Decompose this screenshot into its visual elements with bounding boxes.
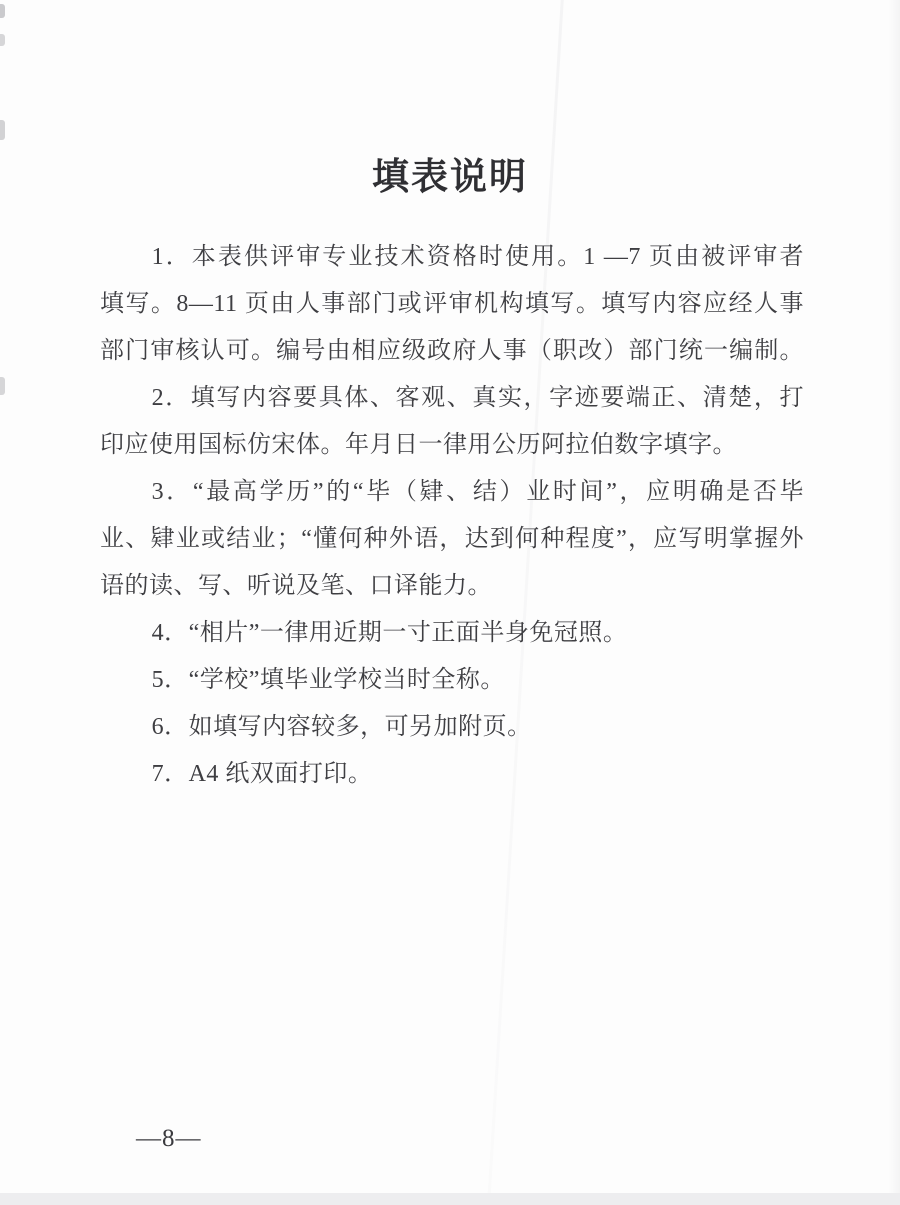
text-line: 7．A4 纸双面打印。 xyxy=(100,751,804,798)
scan-edge-mark xyxy=(0,34,5,46)
instructions-text: 1．本表供评审专业技术资格时使用。1 —7 页由被评审者 填写。8—11 页由人… xyxy=(100,234,804,798)
scan-edge-mark xyxy=(0,4,5,18)
page-number: —8— xyxy=(136,1125,202,1153)
page-title: 填表说明 xyxy=(0,146,900,200)
scan-edge-bottom-shadow xyxy=(0,1193,900,1205)
text-line: 4．“相片”一律用近期一寸正面半身免冠照。 xyxy=(100,610,804,657)
text-line: 2．填写内容要具体、客观、真实，字迹要端正、清楚，打 xyxy=(100,375,804,422)
paragraph-3: 3．“最高学历”的“毕（肄、结）业时间”，应明确是否毕 业、肄业或结业；“懂何种… xyxy=(100,469,804,610)
text-line: 填写。8—11 页由人事部门或评审机构填写。填写内容应经人事 xyxy=(100,281,804,328)
scan-edge-mark xyxy=(0,377,5,395)
text-line: 部门审核认可。编号由相应级政府人事（职改）部门统一编制。 xyxy=(100,328,804,375)
text-line: 6．如填写内容较多，可另加附页。 xyxy=(100,704,804,751)
text-line: 1．本表供评审专业技术资格时使用。1 —7 页由被评审者 xyxy=(100,234,804,281)
paragraph-6: 6．如填写内容较多，可另加附页。 xyxy=(100,704,804,751)
paragraph-7: 7．A4 纸双面打印。 xyxy=(100,751,804,798)
scan-edge-mark xyxy=(0,120,5,140)
paragraph-5: 5．“学校”填毕业学校当时全称。 xyxy=(100,657,804,704)
text-line: 3．“最高学历”的“毕（肄、结）业时间”，应明确是否毕 xyxy=(100,469,804,516)
paragraph-1: 1．本表供评审专业技术资格时使用。1 —7 页由被评审者 填写。8—11 页由人… xyxy=(100,234,804,375)
paragraph-2: 2．填写内容要具体、客观、真实，字迹要端正、清楚，打 印应使用国标仿宋体。年月日… xyxy=(100,375,804,469)
scan-edge-right-shadow xyxy=(888,0,900,1193)
text-line: 业、肄业或结业；“懂何种外语，达到何种程度”，应写明掌握外 xyxy=(100,516,804,563)
text-line: 语的读、写、听说及笔、口译能力。 xyxy=(100,563,804,610)
text-line: 5．“学校”填毕业学校当时全称。 xyxy=(100,657,804,704)
document-page: 填表说明 1．本表供评审专业技术资格时使用。1 —7 页由被评审者 填写。8—1… xyxy=(0,0,900,1205)
text-line: 印应使用国标仿宋体。年月日一律用公历阿拉伯数字填字。 xyxy=(100,422,804,469)
paragraph-4: 4．“相片”一律用近期一寸正面半身免冠照。 xyxy=(100,610,804,657)
